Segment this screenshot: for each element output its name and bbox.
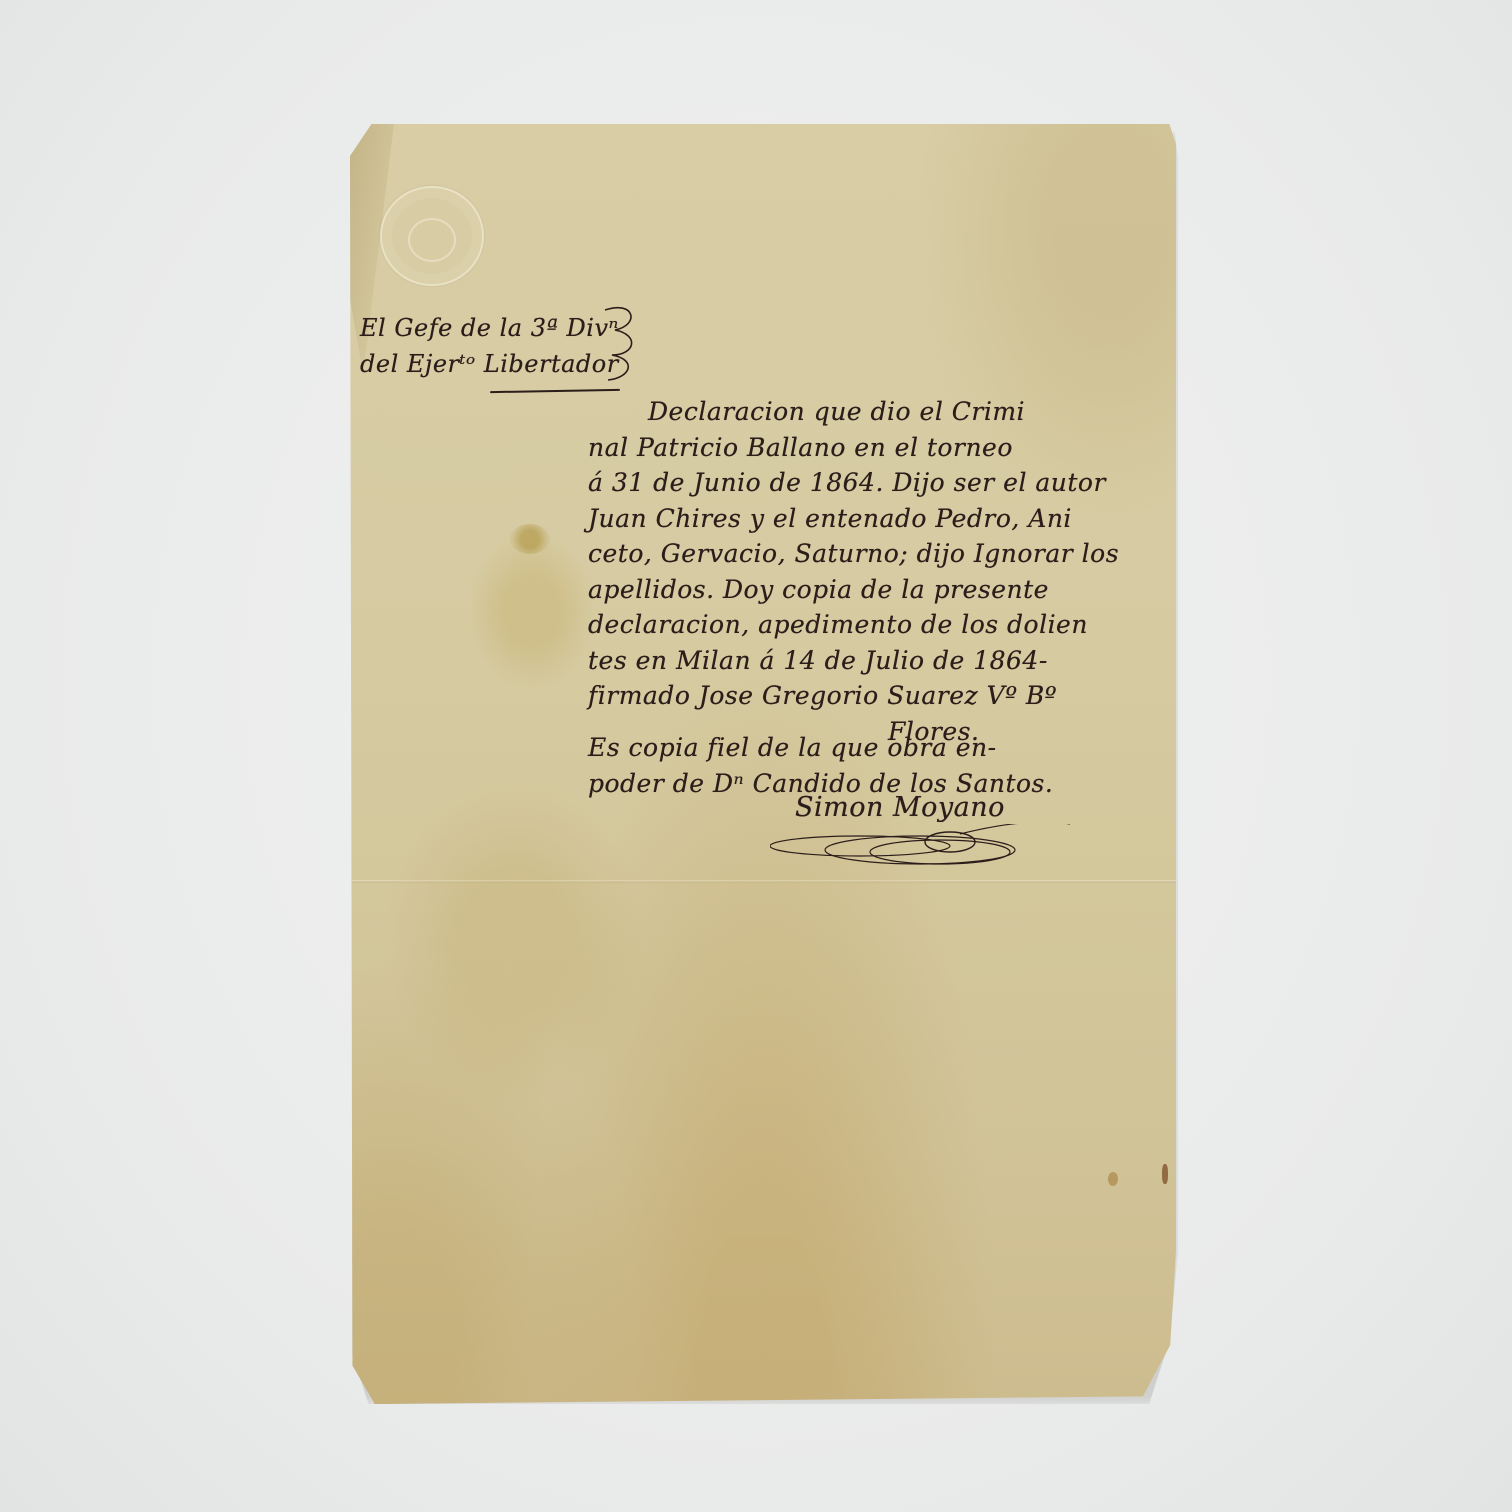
body-line: apellidos. Doy copia de la presente (588, 572, 1119, 608)
signature: Simon Moyano (795, 792, 1005, 823)
document-heading: El Gefe de la 3ª Divⁿ del Ejerᵗᵒ Liberta… (360, 310, 619, 382)
body-line: declaracion, apedimento de los dolien (588, 607, 1119, 643)
foxing-stain (510, 524, 550, 554)
body-line: Declaracion que dio el Crimi (588, 394, 1119, 430)
body-line: tes en Milan á 14 de Julio de 1864- (588, 643, 1119, 679)
body-line: nal Patricio Ballano en el torneo (588, 430, 1119, 466)
body-line: ceto, Gervacio, Saturno; dijo Ignorar lo… (588, 536, 1119, 572)
embossed-seal-icon (380, 186, 484, 286)
heading-flourish-icon (600, 300, 640, 390)
body-line: Juan Chires y el entenado Pedro, Ani (588, 501, 1119, 537)
body-line: á 31 de Junio de 1864. Dijo ser el autor (588, 465, 1119, 501)
heading-line: del Ejerᵗᵒ Libertador (360, 346, 619, 382)
certification-line: Es copia fiel de la que obra en- (588, 730, 1053, 766)
heading-line: El Gefe de la 3ª Divⁿ (360, 310, 619, 346)
manuscript-page: El Gefe de la 3ª Divⁿ del Ejerᵗᵒ Liberta… (350, 124, 1176, 1404)
spot-stain (1108, 1172, 1118, 1186)
declaration-body: Declaracion que dio el Crimi nal Patrici… (588, 394, 1119, 749)
body-line: firmado Jose Gregorio Suarez Vº Bº (588, 678, 1119, 714)
heading-underline (490, 389, 620, 393)
edge-stain (1162, 1164, 1168, 1184)
signature-rubric-icon (770, 824, 1070, 884)
